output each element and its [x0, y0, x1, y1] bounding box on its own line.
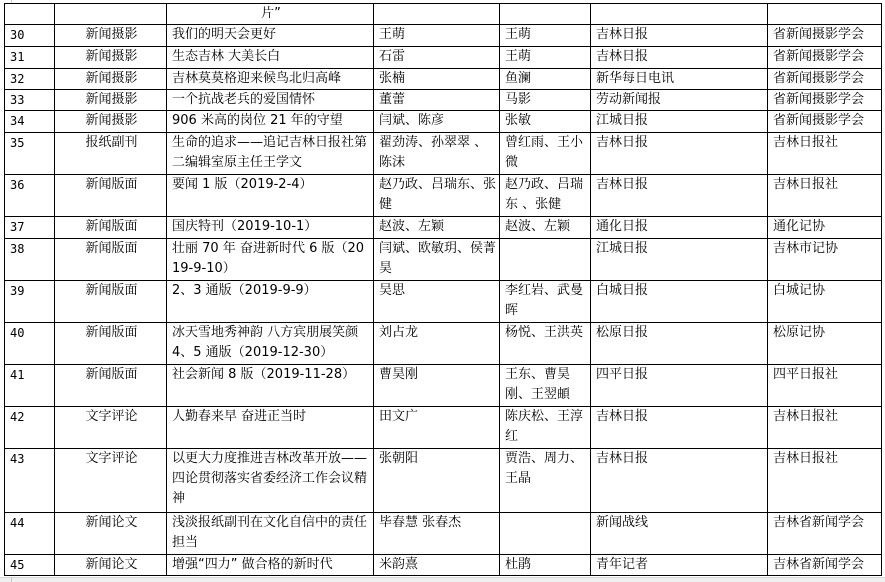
- cell-category: 报纸副刊: [55, 133, 167, 175]
- cell-editors: 贾浩、周力、王晶: [500, 449, 591, 513]
- cell-publisher: 新华每日电讯: [591, 69, 768, 90]
- table-row: 39 新闻版面 2、3 通版（2019-9-9） 吴思 李红岩、武曼晖 白城日报…: [5, 281, 882, 323]
- cell-title: 人勤春来早 奋进正当时: [167, 407, 374, 449]
- cell-category: 新闻摄影: [55, 111, 167, 133]
- cell-title: 片”: [167, 4, 374, 25]
- cell-recommender: 通化记协: [768, 217, 882, 239]
- cell-publisher: 白城日报: [591, 281, 768, 323]
- cell-num: 30: [5, 25, 55, 47]
- cell-editors: 鱼澜: [500, 69, 591, 90]
- cell-recommender: [768, 4, 882, 25]
- cell-editors: 陈庆松、王淳红: [500, 407, 591, 449]
- cell-recommender: 省新闻摄影学会: [768, 90, 882, 111]
- cell-num: 39: [5, 281, 55, 323]
- cell-category: 文字评论: [55, 407, 167, 449]
- cell-editors: 杜鹃: [500, 555, 591, 576]
- cell-authors: 张楠: [374, 69, 500, 90]
- cell-recommender: 省新闻摄影学会: [768, 69, 882, 90]
- cell-category: 新闻摄影: [55, 69, 167, 90]
- cell-authors: 董蕾: [374, 90, 500, 111]
- cell-num: 40: [5, 323, 55, 365]
- cell-title: 以更大力度推进吉林改革开放——四论贯彻落实省委经济工作会议精神: [167, 449, 374, 513]
- cell-category: 新闻版面: [55, 217, 167, 239]
- cell-num: 44: [5, 513, 55, 555]
- page-corner-mark: [11, 577, 12, 582]
- page-bottom-edge: [0, 577, 885, 582]
- cell-num: 34: [5, 111, 55, 133]
- table-row: 35 报纸副刊 生命的追求——追记吉林日报社第二编辑室原主任王学文 翟劲涛、孙翠…: [5, 133, 882, 175]
- cell-authors: 赵波、左颖: [374, 217, 500, 239]
- cell-title: 增强“四力” 做合格的新时代: [167, 555, 374, 576]
- cell-num: 42: [5, 407, 55, 449]
- cell-publisher: 四平日报: [591, 365, 768, 407]
- cell-publisher: 吉林日报: [591, 407, 768, 449]
- cell-recommender: 吉林市记协: [768, 239, 882, 281]
- table-row: 40 新闻版面 冰天雪地秀神韵 八方宾朋展笑颜 4、5 通版（2019-12-3…: [5, 323, 882, 365]
- cell-category: 新闻摄影: [55, 90, 167, 111]
- cell-title: 要闻 1 版（2019-2-4）: [167, 175, 374, 217]
- cell-recommender: 白城记协: [768, 281, 882, 323]
- cell-category: 新闻论文: [55, 555, 167, 576]
- cell-title: 国庆特刊（2019-10-1）: [167, 217, 374, 239]
- cell-recommender: 四平日报社: [768, 365, 882, 407]
- cell-num: 36: [5, 175, 55, 217]
- cell-editors: 赵乃政、吕瑞东 、张健: [500, 175, 591, 217]
- cell-title: 社会新闻 8 版（2019-11-28）: [167, 365, 374, 407]
- cell-publisher: 江城日报: [591, 239, 768, 281]
- cell-authors: 石雷: [374, 47, 500, 69]
- cell-recommender: 吉林日报社: [768, 133, 882, 175]
- cell-recommender: 省新闻摄影学会: [768, 111, 882, 133]
- cell-editors: 王萌: [500, 47, 591, 69]
- cell-editors: 王萌: [500, 25, 591, 47]
- table-row: 44 新闻论文 浅淡报纸副刊在文化自信中的责任担当 毕春慧 张春杰 新闻战线 吉…: [5, 513, 882, 555]
- cell-title: 冰天雪地秀神韵 八方宾朋展笑颜 4、5 通版（2019-12-30）: [167, 323, 374, 365]
- cell-authors: 赵乃政、吕瑞东、张健: [374, 175, 500, 217]
- cell-title: 吉林莫莫格迎来候鸟北归高峰: [167, 69, 374, 90]
- cell-authors: 王萌: [374, 25, 500, 47]
- cell-category: 新闻版面: [55, 281, 167, 323]
- cell-recommender: 省新闻摄影学会: [768, 47, 882, 69]
- table-row: 34 新闻摄影 906 米高的岗位 21 年的守望 闫斌、陈彦 张敏 江城日报 …: [5, 111, 882, 133]
- cell-title: 壮丽 70 年 奋进新时代 6 版（2019-9-10）: [167, 239, 374, 281]
- cell-category: [55, 4, 167, 25]
- cell-num: [5, 4, 55, 25]
- cell-title: 906 米高的岗位 21 年的守望: [167, 111, 374, 133]
- cell-editors: 李红岩、武曼晖: [500, 281, 591, 323]
- cell-recommender: 吉林日报社: [768, 175, 882, 217]
- cell-authors: 闫斌、陈彦: [374, 111, 500, 133]
- cell-title: 我们的明天会更好: [167, 25, 374, 47]
- cell-editors: 马影: [500, 90, 591, 111]
- cell-authors: 吴思: [374, 281, 500, 323]
- cell-title: 浅淡报纸副刊在文化自信中的责任担当: [167, 513, 374, 555]
- table-row: 30 新闻摄影 我们的明天会更好 王萌 王萌 吉林日报 省新闻摄影学会: [5, 25, 882, 47]
- cell-category: 新闻版面: [55, 175, 167, 217]
- cell-publisher: 通化日报: [591, 217, 768, 239]
- cell-authors: 田文广: [374, 407, 500, 449]
- cell-publisher: 青年记者: [591, 555, 768, 576]
- cell-recommender: 吉林日报社: [768, 407, 882, 449]
- cell-num: 38: [5, 239, 55, 281]
- cell-publisher: 吉林日报: [591, 175, 768, 217]
- cell-publisher: [591, 4, 768, 25]
- cell-category: 新闻论文: [55, 513, 167, 555]
- cell-category: 新闻版面: [55, 239, 167, 281]
- cell-num: 43: [5, 449, 55, 513]
- cell-recommender: 松原记协: [768, 323, 882, 365]
- cell-title: 生态吉林 大美长白: [167, 47, 374, 69]
- table-row: 42 文字评论 人勤春来早 奋进正当时 田文广 陈庆松、王淳红 吉林日报 吉林日…: [5, 407, 882, 449]
- cell-num: 35: [5, 133, 55, 175]
- cell-recommender: 吉林省新闻学会: [768, 513, 882, 555]
- cell-editors: [500, 4, 591, 25]
- cell-authors: 闫斌、欧敏玥、侯菁昊: [374, 239, 500, 281]
- cell-num: 32: [5, 69, 55, 90]
- cell-publisher: 吉林日报: [591, 25, 768, 47]
- cell-authors: 翟劲涛、孙翠翠 、陈沫: [374, 133, 500, 175]
- cell-editors: [500, 239, 591, 281]
- cell-title: 生命的追求——追记吉林日报社第二编辑室原主任王学文: [167, 133, 374, 175]
- cell-category: 新闻版面: [55, 365, 167, 407]
- cell-editors: 曾红雨、王小微: [500, 133, 591, 175]
- cell-category: 文字评论: [55, 449, 167, 513]
- cell-recommender: 吉林省新闻学会: [768, 555, 882, 576]
- cell-num: 41: [5, 365, 55, 407]
- table-row: 45 新闻论文 增强“四力” 做合格的新时代 米韵熹 杜鹃 青年记者 吉林省新闻…: [5, 555, 882, 576]
- awards-table: 片” 30 新闻摄影 我们的明天会更好 王萌 王萌 吉林日报 省新闻摄影学会 3…: [4, 3, 882, 576]
- table-row: 33 新闻摄影 一个抗战老兵的爱国情怀 董蕾 马影 劳动新闻报 省新闻摄影学会: [5, 90, 882, 111]
- cell-category: 新闻摄影: [55, 25, 167, 47]
- cell-category: 新闻版面: [55, 323, 167, 365]
- cell-num: 37: [5, 217, 55, 239]
- cell-authors: 刘占龙: [374, 323, 500, 365]
- cell-publisher: 吉林日报: [591, 133, 768, 175]
- cell-num: 31: [5, 47, 55, 69]
- cell-num: 45: [5, 555, 55, 576]
- cell-publisher: 江城日报: [591, 111, 768, 133]
- cell-publisher: 松原日报: [591, 323, 768, 365]
- cell-authors: 曹昊刚: [374, 365, 500, 407]
- table-row: 43 文字评论 以更大力度推进吉林改革开放——四论贯彻落实省委经济工作会议精神 …: [5, 449, 882, 513]
- cell-title: 2、3 通版（2019-9-9）: [167, 281, 374, 323]
- table-row: 38 新闻版面 壮丽 70 年 奋进新时代 6 版（2019-9-10） 闫斌、…: [5, 239, 882, 281]
- cell-editors: 王东、曹昊刚、王翌頔: [500, 365, 591, 407]
- cell-title: 一个抗战老兵的爱国情怀: [167, 90, 374, 111]
- cell-category: 新闻摄影: [55, 47, 167, 69]
- cell-publisher: 吉林日报: [591, 449, 768, 513]
- table-row: 36 新闻版面 要闻 1 版（2019-2-4） 赵乃政、吕瑞东、张健 赵乃政、…: [5, 175, 882, 217]
- cell-authors: 毕春慧 张春杰: [374, 513, 500, 555]
- table-row-continuation: 片”: [5, 4, 882, 25]
- cell-recommender: 吉林日报社: [768, 449, 882, 513]
- table-row: 32 新闻摄影 吉林莫莫格迎来候鸟北归高峰 张楠 鱼澜 新华每日电讯 省新闻摄影…: [5, 69, 882, 90]
- cell-authors: 张朝阳: [374, 449, 500, 513]
- cell-editors: [500, 513, 591, 555]
- cell-recommender: 省新闻摄影学会: [768, 25, 882, 47]
- cell-publisher: 吉林日报: [591, 47, 768, 69]
- table-row: 37 新闻版面 国庆特刊（2019-10-1） 赵波、左颖 赵波、左颖 通化日报…: [5, 217, 882, 239]
- cell-num: 33: [5, 90, 55, 111]
- cell-editors: 张敏: [500, 111, 591, 133]
- cell-editors: 杨悦、王洪英: [500, 323, 591, 365]
- cell-editors: 赵波、左颖: [500, 217, 591, 239]
- cell-authors: [374, 4, 500, 25]
- table-row: 41 新闻版面 社会新闻 8 版（2019-11-28） 曹昊刚 王东、曹昊刚、…: [5, 365, 882, 407]
- cell-authors: 米韵熹: [374, 555, 500, 576]
- cell-publisher: 新闻战线: [591, 513, 768, 555]
- table-row: 31 新闻摄影 生态吉林 大美长白 石雷 王萌 吉林日报 省新闻摄影学会: [5, 47, 882, 69]
- cell-publisher: 劳动新闻报: [591, 90, 768, 111]
